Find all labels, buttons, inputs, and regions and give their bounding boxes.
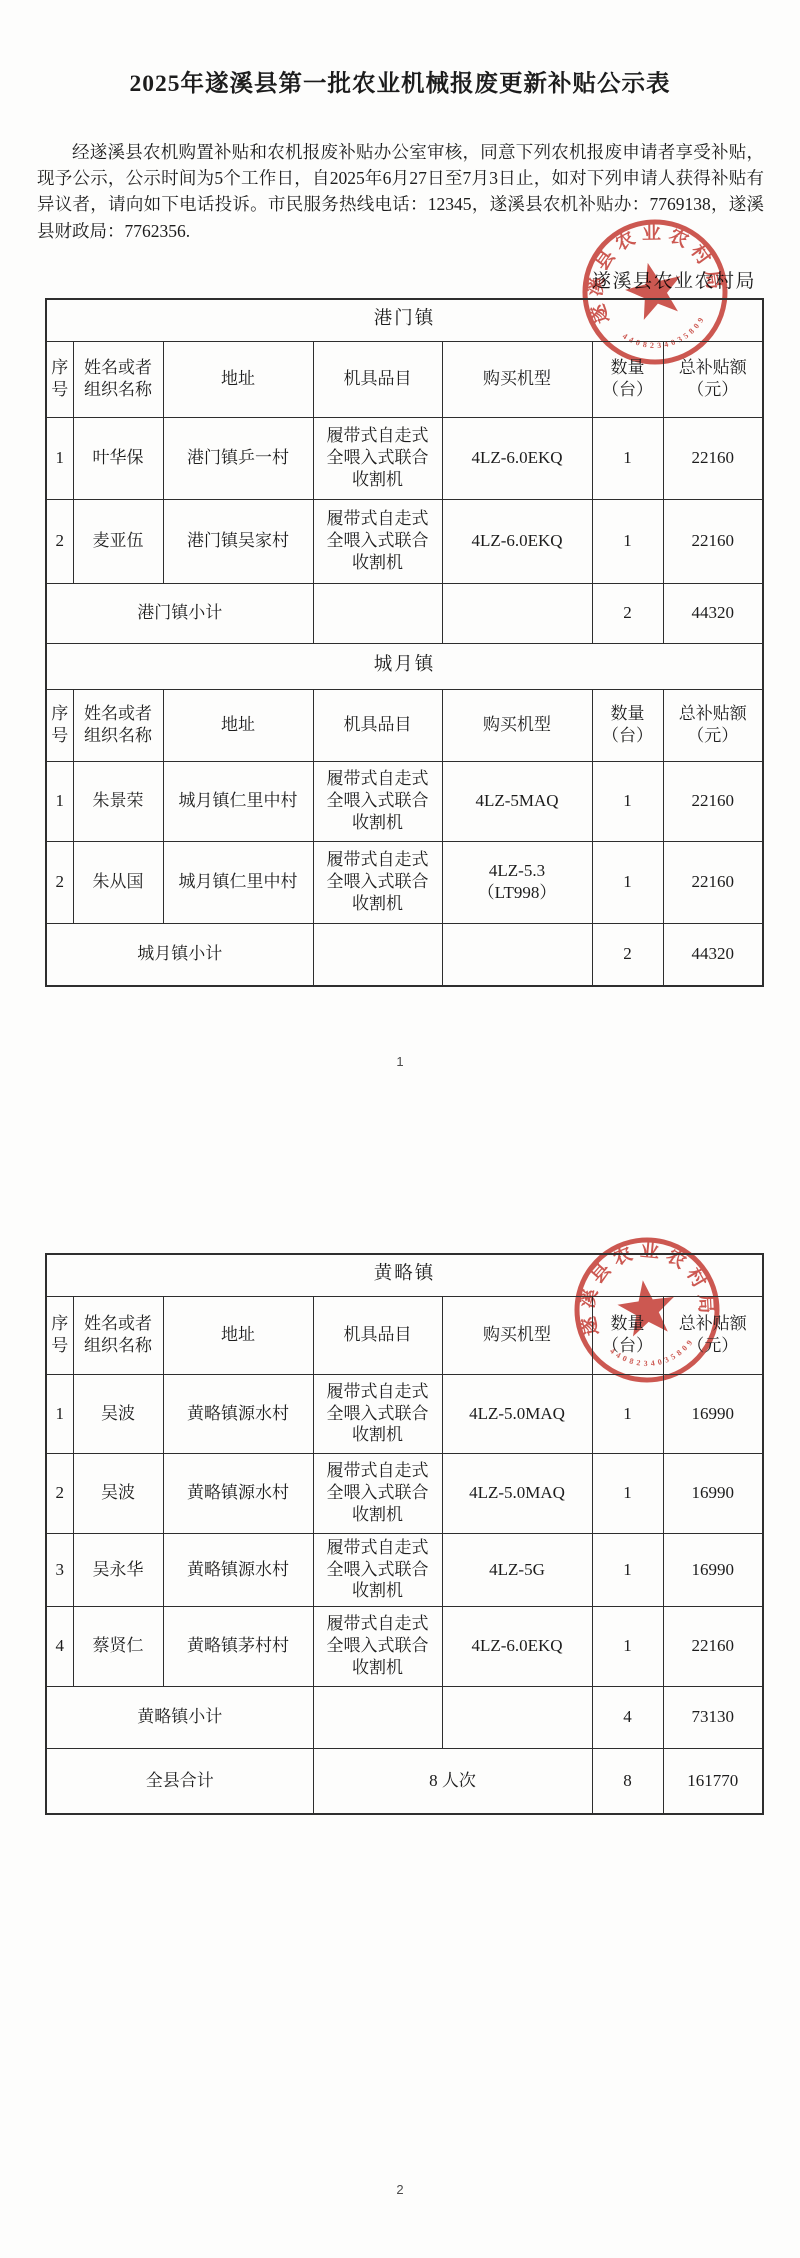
- column-header-5: 购买机型: [442, 1296, 592, 1374]
- machine-category-cell: 履带式自走式 全喂入式联合 收割机: [313, 1533, 442, 1606]
- grand-total-amount: 161770: [663, 1748, 763, 1814]
- machine-category-cell: 履带式自走式 全喂入式联合 收割机: [313, 1374, 442, 1453]
- section-town-name: 港门镇: [46, 299, 763, 341]
- empty-cell: [442, 1686, 592, 1748]
- purchase-model-cell: 4LZ-6.0EKQ: [442, 499, 592, 583]
- column-header-row: 序号姓名或者 组织名称地址机具品目购买机型数量 （台）总补贴额 （元）: [46, 689, 763, 761]
- empty-cell: [442, 923, 592, 986]
- row-number-cell: 3: [46, 1533, 73, 1606]
- machine-category-cell: 履带式自走式 全喂入式联合 收割机: [313, 1453, 442, 1533]
- document-title: 2025年遂溪县第一批农业机械报废更新补贴公示表: [0, 64, 800, 98]
- subtotal-row: 港门镇小计244320: [46, 583, 763, 643]
- name-cell: 吴永华: [73, 1533, 163, 1606]
- row-number-cell: 1: [46, 1374, 73, 1453]
- machine-category-cell: 履带式自走式 全喂入式联合 收割机: [313, 417, 442, 499]
- column-header-4: 机具品目: [313, 689, 442, 761]
- data-row: 1叶华保港门镇乒一村履带式自走式 全喂入式联合 收割机4LZ-6.0EKQ122…: [46, 417, 763, 499]
- name-cell: 朱景荣: [73, 761, 163, 841]
- empty-cell: [313, 583, 442, 643]
- row-number-cell: 4: [46, 1606, 73, 1686]
- grand-total-row: 全县合计8 人次8161770: [46, 1748, 763, 1814]
- address-cell: 港门镇乒一村: [163, 417, 313, 499]
- column-header-4: 机具品目: [313, 341, 442, 417]
- subtotal-quantity: 4: [592, 1686, 663, 1748]
- column-header-5: 购买机型: [442, 341, 592, 417]
- quantity-cell: 1: [592, 1374, 663, 1453]
- name-cell: 蔡贤仁: [73, 1606, 163, 1686]
- quantity-cell: 1: [592, 761, 663, 841]
- data-row: 3吴永华黄略镇源水村履带式自走式 全喂入式联合 收割机4LZ-5G116990: [46, 1533, 763, 1606]
- column-header-1: 序号: [46, 341, 73, 417]
- column-header-6: 数量 （台）: [592, 341, 663, 417]
- subtotal-quantity: 2: [592, 583, 663, 643]
- column-header-2: 姓名或者 组织名称: [73, 1296, 163, 1374]
- subtotal-quantity: 2: [592, 923, 663, 986]
- column-header-4: 机具品目: [313, 1296, 442, 1374]
- grand-total-note: 8 人次: [313, 1748, 592, 1814]
- page-number-2: 2: [0, 2182, 800, 2197]
- data-row: 4蔡贤仁黄略镇茅村村履带式自走式 全喂入式联合 收割机4LZ-6.0EKQ122…: [46, 1606, 763, 1686]
- name-cell: 麦亚伍: [73, 499, 163, 583]
- purchase-model-cell: 4LZ-5.3 （LT998）: [442, 841, 592, 923]
- empty-cell: [313, 923, 442, 986]
- address-cell: 黄略镇源水村: [163, 1453, 313, 1533]
- machine-category-cell: 履带式自走式 全喂入式联合 收割机: [313, 841, 442, 923]
- section-town-name: 黄略镇: [46, 1254, 763, 1296]
- subsidy-amount-cell: 22160: [663, 761, 763, 841]
- column-header-6: 数量 （台）: [592, 689, 663, 761]
- page-number-1: 1: [0, 1054, 800, 1069]
- subtotal-amount: 73130: [663, 1686, 763, 1748]
- column-header-row: 序号姓名或者 组织名称地址机具品目购买机型数量 （台）总补贴额 （元）: [46, 1296, 763, 1374]
- address-cell: 城月镇仁里中村: [163, 841, 313, 923]
- quantity-cell: 1: [592, 417, 663, 499]
- name-cell: 吴波: [73, 1374, 163, 1453]
- subsidy-amount-cell: 22160: [663, 841, 763, 923]
- purchase-model-cell: 4LZ-5.0MAQ: [442, 1374, 592, 1453]
- column-header-2: 姓名或者 组织名称: [73, 341, 163, 417]
- grand-total-quantity: 8: [592, 1748, 663, 1814]
- column-header-5: 购买机型: [442, 689, 592, 761]
- column-header-7: 总补贴额 （元）: [663, 689, 763, 761]
- quantity-cell: 1: [592, 1606, 663, 1686]
- row-number-cell: 2: [46, 499, 73, 583]
- empty-cell: [313, 1686, 442, 1748]
- section-town-name: 城月镇: [46, 643, 763, 689]
- section-header-row: 港门镇: [46, 299, 763, 341]
- quantity-cell: 1: [592, 499, 663, 583]
- column-header-2: 姓名或者 组织名称: [73, 689, 163, 761]
- intro-paragraph: 经遂溪县农机购置补贴和农机报废补贴办公室审核，同意下列农机报废申请者享受补贴，现…: [37, 139, 764, 245]
- name-cell: 朱从国: [73, 841, 163, 923]
- column-header-3: 地址: [163, 689, 313, 761]
- data-row: 1吴波黄略镇源水村履带式自走式 全喂入式联合 收割机4LZ-5.0MAQ1169…: [46, 1374, 763, 1453]
- quantity-cell: 1: [592, 1453, 663, 1533]
- data-row: 1朱景荣城月镇仁里中村履带式自走式 全喂入式联合 收割机4LZ-5MAQ1221…: [46, 761, 763, 841]
- column-header-7: 总补贴额 （元）: [663, 1296, 763, 1374]
- scanned-document: { "title": "2025年遂溪县第一批农业机械报废更新补贴公示表", "…: [0, 0, 800, 2258]
- subtotal-row: 黄略镇小计473130: [46, 1686, 763, 1748]
- subtotal-row: 城月镇小计244320: [46, 923, 763, 986]
- subtotal-amount: 44320: [663, 923, 763, 986]
- row-number-cell: 1: [46, 761, 73, 841]
- subsidy-amount-cell: 16990: [663, 1453, 763, 1533]
- machine-category-cell: 履带式自走式 全喂入式联合 收割机: [313, 499, 442, 583]
- subsidy-amount-cell: 16990: [663, 1533, 763, 1606]
- quantity-cell: 1: [592, 841, 663, 923]
- subtotal-label: 黄略镇小计: [46, 1686, 313, 1748]
- section-header-row: 黄略镇: [46, 1254, 763, 1296]
- quantity-cell: 1: [592, 1533, 663, 1606]
- row-number-cell: 1: [46, 417, 73, 499]
- purchase-model-cell: 4LZ-6.0EKQ: [442, 1606, 592, 1686]
- machine-category-cell: 履带式自走式 全喂入式联合 收割机: [313, 761, 442, 841]
- data-row: 2麦亚伍港门镇吴家村履带式自走式 全喂入式联合 收割机4LZ-6.0EKQ122…: [46, 499, 763, 583]
- data-row: 2朱从国城月镇仁里中村履带式自走式 全喂入式联合 收割机4LZ-5.3 （LT9…: [46, 841, 763, 923]
- subsidy-amount-cell: 22160: [663, 499, 763, 583]
- name-cell: 吴波: [73, 1453, 163, 1533]
- grand-total-label: 全县合计: [46, 1748, 313, 1814]
- machine-category-cell: 履带式自走式 全喂入式联合 收割机: [313, 1606, 442, 1686]
- agency-signature: 遂溪县农业农村局: [592, 266, 756, 293]
- address-cell: 港门镇吴家村: [163, 499, 313, 583]
- subtotal-amount: 44320: [663, 583, 763, 643]
- subtotal-label: 城月镇小计: [46, 923, 313, 986]
- column-header-6: 数量 （台）: [592, 1296, 663, 1374]
- column-header-1: 序号: [46, 1296, 73, 1374]
- column-header-7: 总补贴额 （元）: [663, 341, 763, 417]
- purchase-model-cell: 4LZ-5.0MAQ: [442, 1453, 592, 1533]
- purchase-model-cell: 4LZ-5MAQ: [442, 761, 592, 841]
- subsidy-table-page1: 港门镇序号姓名或者 组织名称地址机具品目购买机型数量 （台）总补贴额 （元）1叶…: [45, 298, 764, 987]
- address-cell: 城月镇仁里中村: [163, 761, 313, 841]
- subsidy-amount-cell: 22160: [663, 417, 763, 499]
- subsidy-amount-cell: 22160: [663, 1606, 763, 1686]
- purchase-model-cell: 4LZ-5G: [442, 1533, 592, 1606]
- column-header-3: 地址: [163, 1296, 313, 1374]
- subtotal-label: 港门镇小计: [46, 583, 313, 643]
- column-header-3: 地址: [163, 341, 313, 417]
- subsidy-table-page2: 黄略镇序号姓名或者 组织名称地址机具品目购买机型数量 （台）总补贴额 （元）1吴…: [45, 1253, 764, 1815]
- address-cell: 黄略镇源水村: [163, 1374, 313, 1453]
- row-number-cell: 2: [46, 841, 73, 923]
- purchase-model-cell: 4LZ-6.0EKQ: [442, 417, 592, 499]
- data-row: 2吴波黄略镇源水村履带式自走式 全喂入式联合 收割机4LZ-5.0MAQ1169…: [46, 1453, 763, 1533]
- column-header-row: 序号姓名或者 组织名称地址机具品目购买机型数量 （台）总补贴额 （元）: [46, 341, 763, 417]
- address-cell: 黄略镇源水村: [163, 1533, 313, 1606]
- subsidy-amount-cell: 16990: [663, 1374, 763, 1453]
- name-cell: 叶华保: [73, 417, 163, 499]
- empty-cell: [442, 583, 592, 643]
- section-header-row: 城月镇: [46, 643, 763, 689]
- row-number-cell: 2: [46, 1453, 73, 1533]
- column-header-1: 序号: [46, 689, 73, 761]
- address-cell: 黄略镇茅村村: [163, 1606, 313, 1686]
